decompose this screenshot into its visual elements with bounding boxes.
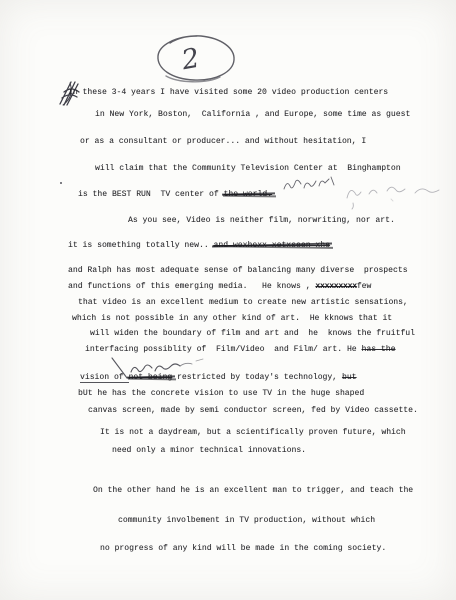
typed-line: is the BEST RUN TV center of the world. bbox=[78, 190, 272, 199]
typed-text: it is something totally new.. bbox=[68, 241, 214, 250]
typed-line: interfacing possiblity of Film/Video and… bbox=[85, 345, 395, 354]
typed-text: and functions of this emerging media. He… bbox=[68, 282, 315, 291]
typed-line: On the other hand he is an excellent man… bbox=[93, 486, 413, 495]
struck-text-has-the: has the bbox=[362, 345, 396, 354]
typed-text: will claim that the Community Television… bbox=[95, 164, 401, 173]
typed-text: It is not a daydream, but a scientifical… bbox=[100, 428, 406, 437]
typed-text: canvas screen, made by semi conductor sc… bbox=[88, 406, 418, 415]
scanned-document-page: 2 In these 3-4 years I have visited some… bbox=[0, 0, 456, 600]
typed-line: no progress of any kind will be made in … bbox=[100, 544, 386, 553]
struck-text-but: but bbox=[342, 373, 357, 382]
typed-line: and Ralph has most adequate sense of bal… bbox=[68, 266, 408, 275]
typed-text: few bbox=[357, 282, 372, 291]
typed-text: community involbement in TV production, … bbox=[118, 516, 375, 525]
typed-text: and Ralph has most adequate sense of bal… bbox=[68, 266, 408, 275]
typed-text: will widen the boundary of film and art … bbox=[90, 329, 415, 338]
typed-text: bUt he has the concrete vision to use TV… bbox=[78, 389, 364, 398]
typed-text: As you see, Video is neither film, norwr… bbox=[128, 216, 395, 225]
typed-text: no progress of any kind will be made in … bbox=[100, 544, 386, 553]
typed-line: that video is an excellent medium to cre… bbox=[78, 298, 408, 307]
struck-overtyped-text: and wexhexx xetxseen xhe bbox=[214, 241, 330, 250]
struck-text-the-world: the world. bbox=[224, 190, 273, 199]
typed-text: On the other hand he is an excellent man… bbox=[93, 486, 413, 495]
typed-line: need only a minor technical innovations. bbox=[112, 446, 306, 455]
typed-text: need only a minor technical innovations. bbox=[112, 446, 306, 455]
typed-text: restricted by today's technology, bbox=[172, 373, 342, 382]
typed-line: community involbement in TV production, … bbox=[118, 516, 375, 525]
stray-ink-dot bbox=[60, 182, 62, 184]
typed-text: or as a consultant or producer... and wi… bbox=[80, 137, 366, 146]
handwritten-note-above-strike bbox=[284, 177, 334, 189]
faint-marginal-scribble bbox=[347, 187, 439, 209]
overtyped-x-text: xxxxxxxxx bbox=[315, 282, 356, 291]
typed-text: interfacing possiblity of Film/Video and… bbox=[85, 345, 362, 354]
typed-line: and functions of this emerging media. He… bbox=[68, 282, 371, 291]
page-number-annotation: 2 bbox=[179, 43, 201, 77]
typed-line: As you see, Video is neither film, norwr… bbox=[128, 216, 395, 225]
typed-line: or as a consultant or producer... and wi… bbox=[80, 137, 366, 146]
typed-text: which is not possible in any other kind … bbox=[72, 314, 392, 323]
typed-line: which is not possible in any other kind … bbox=[72, 314, 392, 323]
typed-line: it is something totally new.. and wexhex… bbox=[68, 241, 330, 250]
typed-line: will claim that the Community Television… bbox=[95, 164, 401, 173]
struck-text-not-being: not being bbox=[129, 373, 173, 382]
typed-line: In these 3-4 years I have visited some 2… bbox=[68, 88, 388, 97]
typed-line: It is not a daydream, but a scientifical… bbox=[100, 428, 406, 437]
typed-line: canvas screen, made by semi conductor sc… bbox=[88, 406, 418, 415]
typed-line: will widen the boundary of film and art … bbox=[90, 329, 415, 338]
typed-text: in New York, Boston, California , and Eu… bbox=[95, 110, 410, 119]
typed-text: In these 3-4 years I have visited some 2… bbox=[68, 88, 388, 97]
typed-line: vision of not being restricted by today'… bbox=[80, 373, 357, 382]
typed-line: bUt he has the concrete vision to use TV… bbox=[78, 389, 364, 398]
typed-line: in New York, Boston, California , and Eu… bbox=[95, 110, 410, 119]
underlined-text-vision-of: vision of bbox=[80, 373, 129, 383]
typed-text: that video is an excellent medium to cre… bbox=[78, 298, 408, 307]
typed-text: is the BEST RUN TV center of bbox=[78, 190, 224, 199]
